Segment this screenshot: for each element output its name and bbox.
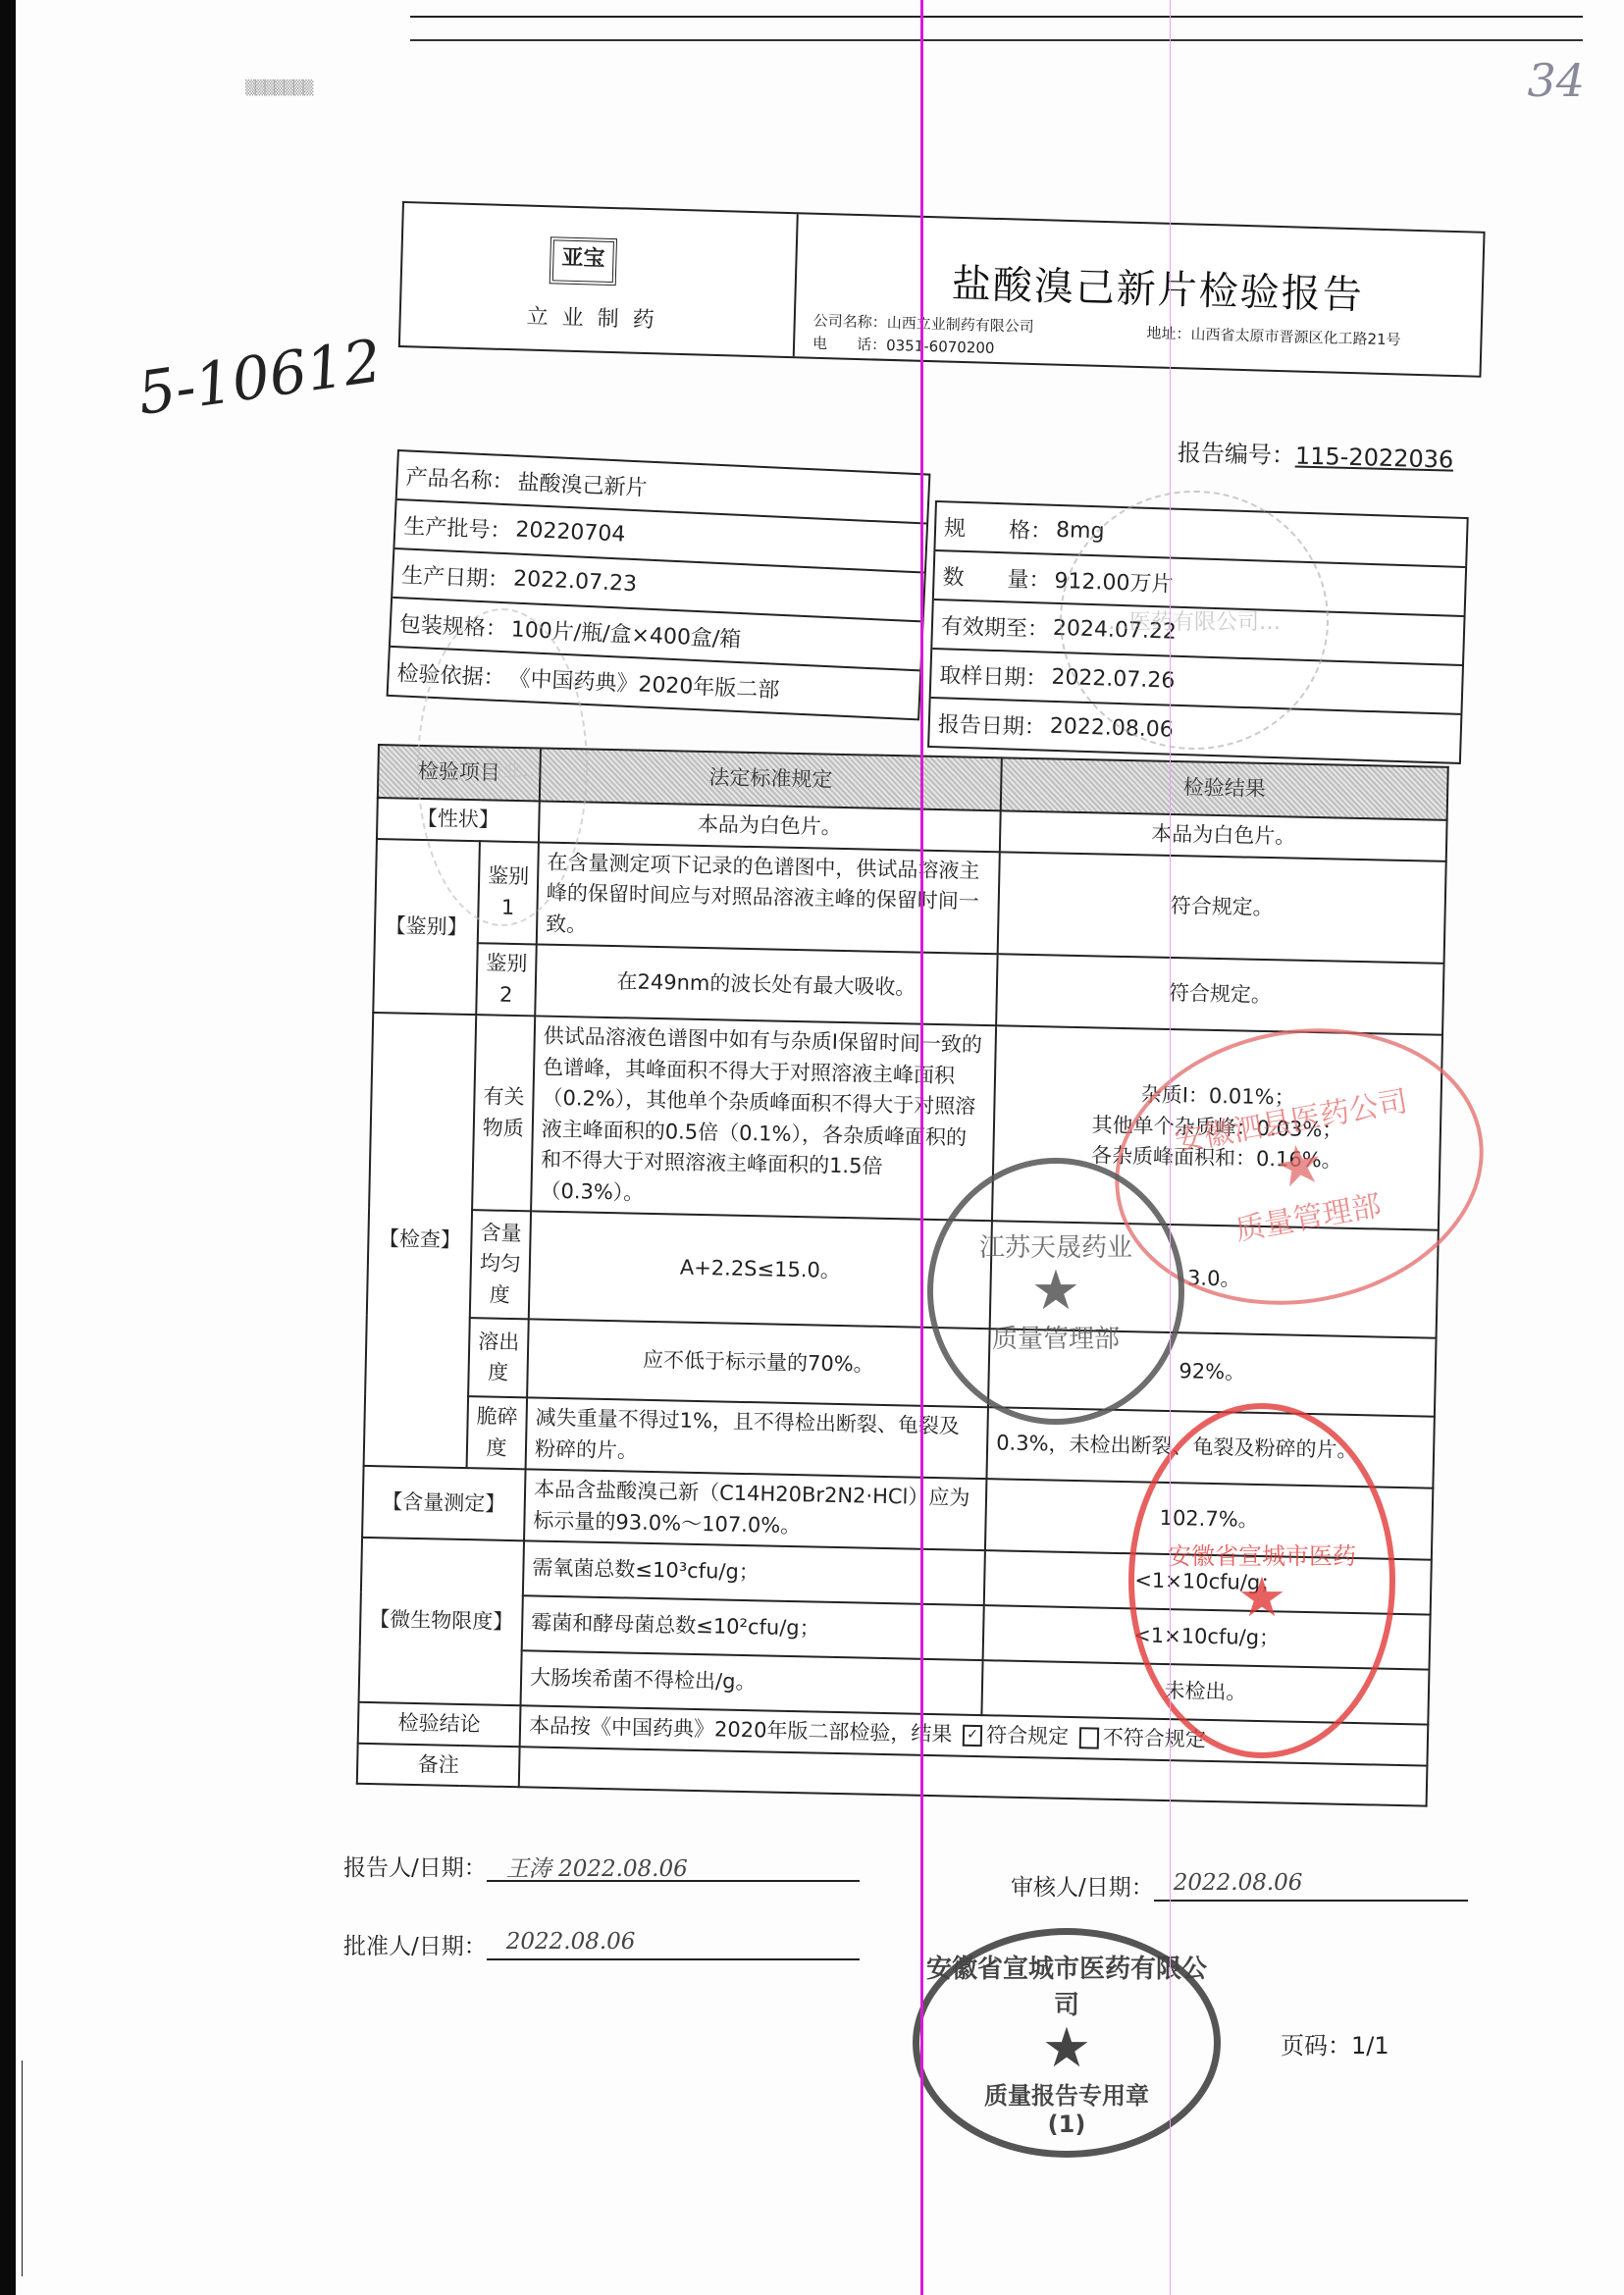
top-rule (410, 39, 1583, 41)
test-results-table: 检验项目 法定标准规定 检验结果 【性状】 本品为白色片。 本品为白色片。 【鉴… (356, 744, 1447, 1807)
col-header-standard: 法定标准规定 (540, 748, 1002, 810)
company-phone: 电 话：0351-6070200 (812, 333, 995, 358)
product-info-right: 规 格：8mg 数 量：912.00万片 有效期至：2024.07.22 取样日… (927, 500, 1469, 764)
company-address: 地址：山西省太原市晋源区化工路21号 (1146, 322, 1401, 349)
row-label-tests: 【检查】 (364, 1013, 477, 1468)
scan-artifact-line (920, 0, 923, 2295)
col-header-result: 检验结果 (1001, 757, 1448, 820)
company-logo-cell: 亚宝 立业制药 (400, 203, 799, 356)
scan-rule (22, 2060, 23, 2276)
scan-artifact: ▒▒▒▒▒▒▒ (245, 80, 422, 104)
table-row: 【检查】 有关物质 供试品溶液色谱图中如有与杂质I保留时间一致的色谱峰，其峰面积… (369, 1013, 1442, 1230)
reporter-signature: 报告人/日期：王涛 2022.08.06 (343, 1850, 860, 1882)
reviewer-signature: 审核人/日期：2022.08.06 (1011, 1869, 1468, 1902)
row-label-remarks: 备注 (357, 1743, 520, 1787)
top-rule (410, 16, 1583, 18)
page-number: 页码：1/1 (1281, 2026, 1389, 2060)
report-number: 报告编号：115-2022036 (1178, 433, 1454, 474)
quality-report-seal: 安徽省宣城市医药有限公司 ★ 质量报告专用章 (1) (913, 1928, 1221, 2158)
company-logo-icon: 亚宝 (550, 236, 617, 286)
row-label-assay: 【含量测定】 (362, 1466, 525, 1540)
pass-checkbox: ✓ (963, 1725, 982, 1747)
scan-edge (0, 0, 16, 2295)
report-title: 盐酸溴己新片检验报告 (951, 253, 1364, 321)
row-label-identification: 【鉴别】 (373, 838, 480, 1015)
row-label-conclusion: 检验结论 (358, 1702, 521, 1747)
fail-checkbox (1079, 1727, 1099, 1748)
col-header-item: 检验项目 (378, 745, 541, 801)
row-label-microbial: 【微生物限度】 (359, 1538, 524, 1705)
star-icon: ★ (1042, 2021, 1091, 2076)
company-logo-text: 立业制药 (479, 298, 715, 336)
handwritten-id: 5-10612 (133, 327, 386, 429)
product-info-left: 产品名称：盐酸溴己新片 生产批号：20220704 生产日期：2022.07.2… (387, 449, 931, 720)
handwritten-page-number: 34 (1527, 54, 1585, 107)
row-label-character: 【性状】 (377, 798, 540, 842)
approver-signature: 批准人/日期：2022.08.06 (343, 1928, 860, 1960)
scan-artifact-line (1170, 0, 1171, 2295)
report-header: 亚宝 立业制药 盐酸溴己新片检验报告 公司名称：山西立业制药有限公司 电 话：0… (398, 201, 1486, 378)
